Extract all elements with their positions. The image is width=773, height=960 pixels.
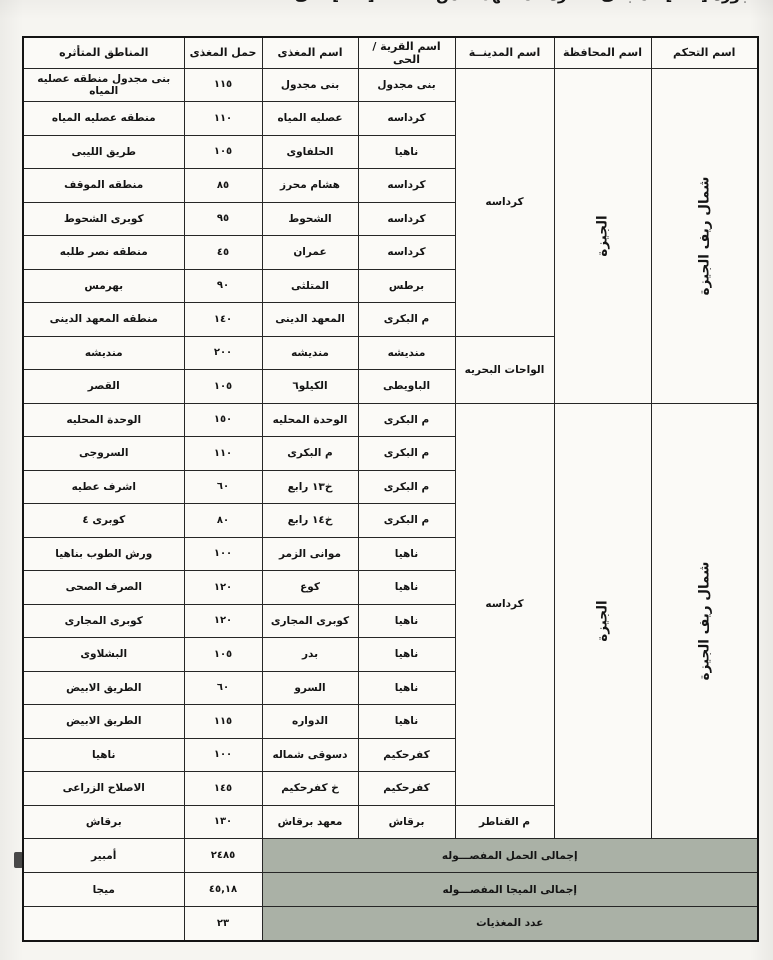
cell-control-section2: شمال ريف الجيزة xyxy=(651,403,758,839)
cell-feeder-name: الشحوط xyxy=(262,202,358,236)
governorate-name-text: الجيزة xyxy=(595,600,611,641)
cell-feeder-load: ١١٥ xyxy=(184,705,262,739)
cell-feeder-load: ٢٠٠ xyxy=(184,336,262,370)
table-row: شمال ريف الجيزة الجيزة كرداسه م البكرى ا… xyxy=(23,403,758,437)
governorate-name-text: الجيزة xyxy=(595,215,611,256)
table-header-row: اسم التحكم اسم المحافظة اسم المدينــة اس… xyxy=(23,37,758,68)
cell-feeder-name: المتلثى xyxy=(262,269,358,303)
cell-feeder-load: ٨٥ xyxy=(184,169,262,203)
cell-village: بنى مجدول xyxy=(358,68,455,102)
cell-affected-areas: كوبرى الشحوط xyxy=(23,202,184,236)
cell-village: م البكرى xyxy=(358,470,455,504)
cell-feeder-name: معهد برقاش xyxy=(262,805,358,839)
cell-village: ناهيا xyxy=(358,537,455,571)
cell-feeder-load: ٤٥ xyxy=(184,236,262,270)
cell-feeder-load: ١٥٠ xyxy=(184,403,262,437)
cell-village: كفرحكيم xyxy=(358,738,455,772)
header-village: اسم القرية / الحى xyxy=(358,37,455,68)
header-control: اسم التحكم xyxy=(651,37,758,68)
summary-value-total-load: ٢٤٨٥ xyxy=(184,839,262,873)
header-affected: المناطق المتأثره xyxy=(23,37,184,68)
summary-label-total-mega: إجمالى الميجا المفصـــوله xyxy=(262,873,758,907)
cell-feeder-load: ٦٠ xyxy=(184,671,262,705)
cell-feeder-name: كوع xyxy=(262,571,358,605)
cell-affected-areas: طريق الليبى xyxy=(23,135,184,169)
summary-label-feeder-count: عدد المغذيات xyxy=(262,907,758,941)
cell-feeder-name: السرو xyxy=(262,671,358,705)
cell-feeder-load: ١٤٥ xyxy=(184,772,262,806)
summary-row-feeder-count: عدد المغذيات ٢٣ xyxy=(23,907,758,941)
cell-village: ناهيا xyxy=(358,571,455,605)
cell-feeder-load: ٩٥ xyxy=(184,202,262,236)
cell-affected-areas: ورش الطوب بناهيا xyxy=(23,537,184,571)
header-city: اسم المدينــة xyxy=(455,37,554,68)
cell-feeder-load: ١٢٠ xyxy=(184,604,262,638)
cell-feeder-name: بدر xyxy=(262,638,358,672)
summary-unit-mega: ميجا xyxy=(23,873,184,907)
cell-control-section1: شمال ريف الجيزة xyxy=(651,68,758,403)
cell-affected-areas: الوحدة المحليه xyxy=(23,403,184,437)
cell-affected-areas: كوبرى ٤ xyxy=(23,504,184,538)
cell-feeder-load: ١١٠ xyxy=(184,437,262,471)
cell-village: م البكرى xyxy=(358,303,455,337)
cell-feeder-load: ١١٠ xyxy=(184,102,262,136)
cell-feeder-name: المعهد الدينى xyxy=(262,303,358,337)
cell-feeder-name: الوحدة المحليه xyxy=(262,403,358,437)
cell-village: برطس xyxy=(358,269,455,303)
cell-affected-areas: السروجى xyxy=(23,437,184,471)
cell-feeder-name: عصليه المياه xyxy=(262,102,358,136)
cell-feeder-name: الدواره xyxy=(262,705,358,739)
cell-village: ناهيا xyxy=(358,135,455,169)
cell-governorate-section1: الجيزة xyxy=(554,68,651,403)
cell-feeder-load: ٩٠ xyxy=(184,269,262,303)
summary-row-total-load: إجمالى الحمل المفصـــوله ٢٤٨٥ أمبير xyxy=(23,839,758,873)
cell-affected-areas: منطقه نصر طلبه xyxy=(23,236,184,270)
cell-feeder-load: ٦٠ xyxy=(184,470,262,504)
cell-feeder-load: ١٤٠ xyxy=(184,303,262,337)
summary-unit-empty xyxy=(23,907,184,941)
cell-feeder-load: ١٣٠ xyxy=(184,805,262,839)
cell-affected-areas: كوبرى المجارى xyxy=(23,604,184,638)
cell-village: كرداسه xyxy=(358,169,455,203)
cell-village: م البكرى xyxy=(358,403,455,437)
cell-affected-areas: الطريق الابيض xyxy=(23,705,184,739)
clipped-page-title: عجوزة [ ٢٠ ] المتبقى للفترة المستهدفة من… xyxy=(281,0,761,10)
cell-village: ناهيا xyxy=(358,604,455,638)
cell-feeder-load: ١٠٥ xyxy=(184,135,262,169)
cell-village: كفرحكيم xyxy=(358,772,455,806)
header-load: حمل المغذى xyxy=(184,37,262,68)
cell-village: الباويطى xyxy=(358,370,455,404)
cell-feeder-name: خ كفرحكيم xyxy=(262,772,358,806)
document-page: { "header_note": { "clipped_title": "عجو… xyxy=(0,0,773,960)
summary-value-feeder-count: ٢٣ xyxy=(184,907,262,941)
cell-affected-areas: بهرمس xyxy=(23,269,184,303)
control-name-text: شمال ريف الجيزة xyxy=(696,561,712,680)
cell-feeder-name: خ١٣ رابع xyxy=(262,470,358,504)
cell-feeder-load: ١٠٠ xyxy=(184,537,262,571)
cell-affected-areas: البشلاوى xyxy=(23,638,184,672)
summary-row-total-mega: إجمالى الميجا المفصـــوله ٤٥,١٨ ميجا xyxy=(23,873,758,907)
cell-village: ناهيا xyxy=(358,705,455,739)
cell-affected-areas: ناهيا xyxy=(23,738,184,772)
cell-village: م البكرى xyxy=(358,437,455,471)
control-name-text: شمال ريف الجيزة xyxy=(696,176,712,295)
summary-label-total-load: إجمالى الحمل المفصـــوله xyxy=(262,839,758,873)
cell-feeder-load: ١٢٠ xyxy=(184,571,262,605)
cell-affected-areas: منديشه xyxy=(23,336,184,370)
cell-village: م البكرى xyxy=(358,504,455,538)
header-governorate: اسم المحافظة xyxy=(554,37,651,68)
cell-governorate-section2: الجيزة xyxy=(554,403,651,839)
summary-value-total-mega: ٤٥,١٨ xyxy=(184,873,262,907)
cell-village: كرداسه xyxy=(358,202,455,236)
cell-feeder-name: دسوقى شماله xyxy=(262,738,358,772)
cell-affected-areas: الصرف الصحى xyxy=(23,571,184,605)
cell-feeder-name: كوبرى المجارى xyxy=(262,604,358,638)
cell-village: برقاش xyxy=(358,805,455,839)
cell-affected-areas: برقاش xyxy=(23,805,184,839)
cell-feeder-load: ١٠٠ xyxy=(184,738,262,772)
cell-feeder-name: هشام محرز xyxy=(262,169,358,203)
cell-feeder-load: ٨٠ xyxy=(184,504,262,538)
cell-feeder-load: ١١٥ xyxy=(184,68,262,102)
cell-affected-areas: القصر xyxy=(23,370,184,404)
cell-feeder-name: الحلفاوى xyxy=(262,135,358,169)
cell-village: كرداسه xyxy=(358,102,455,136)
cell-feeder-name: موانى الزمر xyxy=(262,537,358,571)
cell-feeder-load: ١٠٥ xyxy=(184,370,262,404)
load-shedding-table: اسم التحكم اسم المحافظة اسم المدينــة اس… xyxy=(22,36,759,942)
cell-village: ناهيا xyxy=(358,638,455,672)
header-feeder: اسم المغذى xyxy=(262,37,358,68)
cell-affected-areas: منطقه الموقف xyxy=(23,169,184,203)
cell-affected-areas: الطريق الابيض xyxy=(23,671,184,705)
cell-affected-areas: اشرف عطيه xyxy=(23,470,184,504)
table-row: شمال ريف الجيزة الجيزة كرداسه بنى مجدول … xyxy=(23,68,758,102)
cell-affected-areas: الاصلاح الزراعى xyxy=(23,772,184,806)
cell-affected-areas: بنى مجدول منطقه عصليه المياه xyxy=(23,68,184,102)
cell-feeder-name: خ١٤ رابع xyxy=(262,504,358,538)
summary-unit-ampere: أمبير xyxy=(23,839,184,873)
cell-feeder-name: م البكرى xyxy=(262,437,358,471)
cell-feeder-name: الكيلو٦ xyxy=(262,370,358,404)
cell-affected-areas: منطقه المعهد الدينى xyxy=(23,303,184,337)
cell-village: منديشه xyxy=(358,336,455,370)
cell-city-section2b: م القناطر xyxy=(455,805,554,839)
cell-affected-areas: منطقه عصليه المياه xyxy=(23,102,184,136)
cell-city-section2a: كرداسه xyxy=(455,403,554,805)
cell-village: كرداسه xyxy=(358,236,455,270)
cell-feeder-name: عمران xyxy=(262,236,358,270)
clipped-page-title-text: عجوزة [ ٢٠ ] المتبقى للفترة المستهدفة من… xyxy=(281,0,761,4)
cell-feeder-name: منديشه xyxy=(262,336,358,370)
cell-feeder-name: بنى مجدول xyxy=(262,68,358,102)
cell-city-section1a: كرداسه xyxy=(455,68,554,336)
cell-village: ناهيا xyxy=(358,671,455,705)
cell-feeder-load: ١٠٥ xyxy=(184,638,262,672)
cell-city-section1b: الواحات البحريه xyxy=(455,336,554,403)
